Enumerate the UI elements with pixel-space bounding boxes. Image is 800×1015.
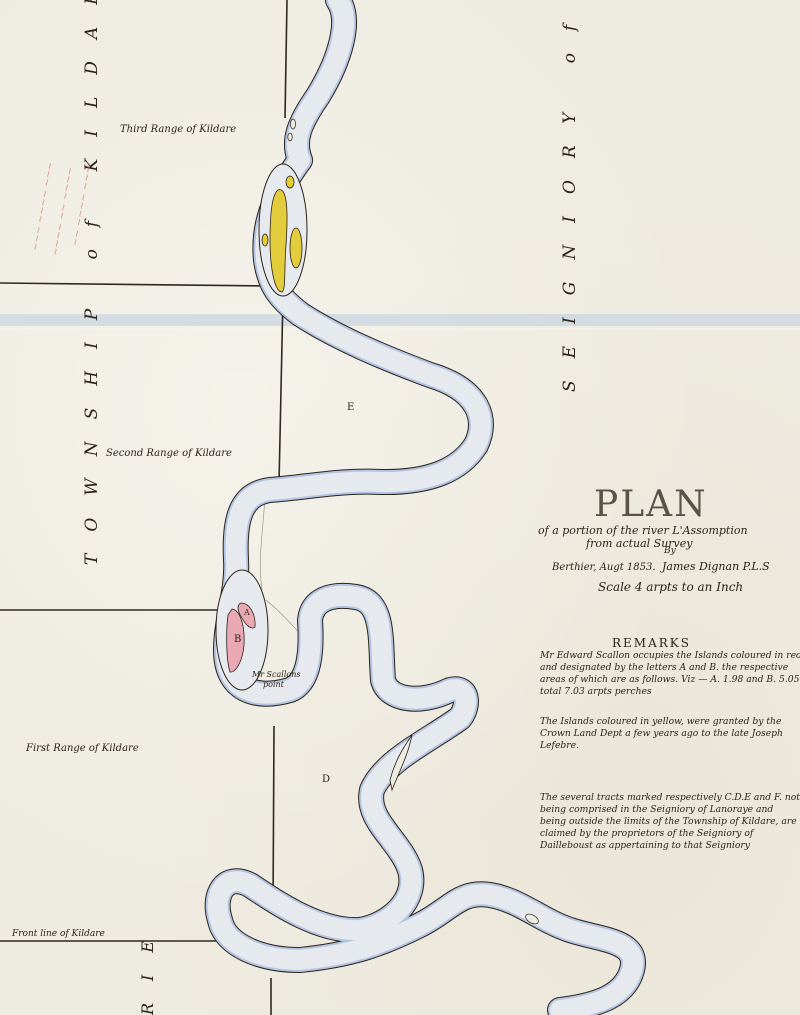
island-a-label: A <box>244 608 250 617</box>
plan-surveyor: James Dignan P.L.S <box>662 560 770 573</box>
seigniory-label: SEIGNIORY of LANO <box>560 0 580 392</box>
tract-d-label: D <box>322 774 330 785</box>
third-range-label: Third Range of Kildare <box>120 124 236 135</box>
region-fragment-label: RIE <box>138 919 157 1015</box>
remarks-heading: REMARKS <box>612 636 691 650</box>
map-sheet: TOWNSHIP of KILDARE SEIGNIORY of LANO RI… <box>0 0 800 1015</box>
plan-subtitle-2: from actual Survey <box>586 537 693 550</box>
first-range-label: First Range of Kildare <box>26 743 139 754</box>
plan-by: By <box>664 546 676 556</box>
front-line-label: Front line of Kildare <box>12 929 105 939</box>
plan-subtitle-1: of a portion of the river L'Assomption <box>538 524 748 537</box>
remark-yellow-islands: The Islands coloured in yellow, were gra… <box>540 716 800 752</box>
plan-scale: Scale 4 arpts to an Inch <box>598 580 743 594</box>
remark-tracts: The several tracts marked respectively C… <box>540 792 800 852</box>
township-label: TOWNSHIP of KILDARE <box>82 0 102 565</box>
fold-line <box>0 314 800 326</box>
plan-title: PLAN <box>594 484 708 525</box>
island-b-label: B <box>234 634 241 645</box>
scallons-point-label: Mr Scallons <box>252 670 300 679</box>
scallons-point-label-2: point <box>263 680 284 689</box>
plan-place-date: Berthier, Augt 1853. <box>552 562 656 573</box>
tract-e-label: E <box>347 402 354 413</box>
remark-red-islands: Mr Edward Scallon occupies the Islands c… <box>540 650 800 698</box>
second-range-label: Second Range of Kildare <box>106 448 232 459</box>
